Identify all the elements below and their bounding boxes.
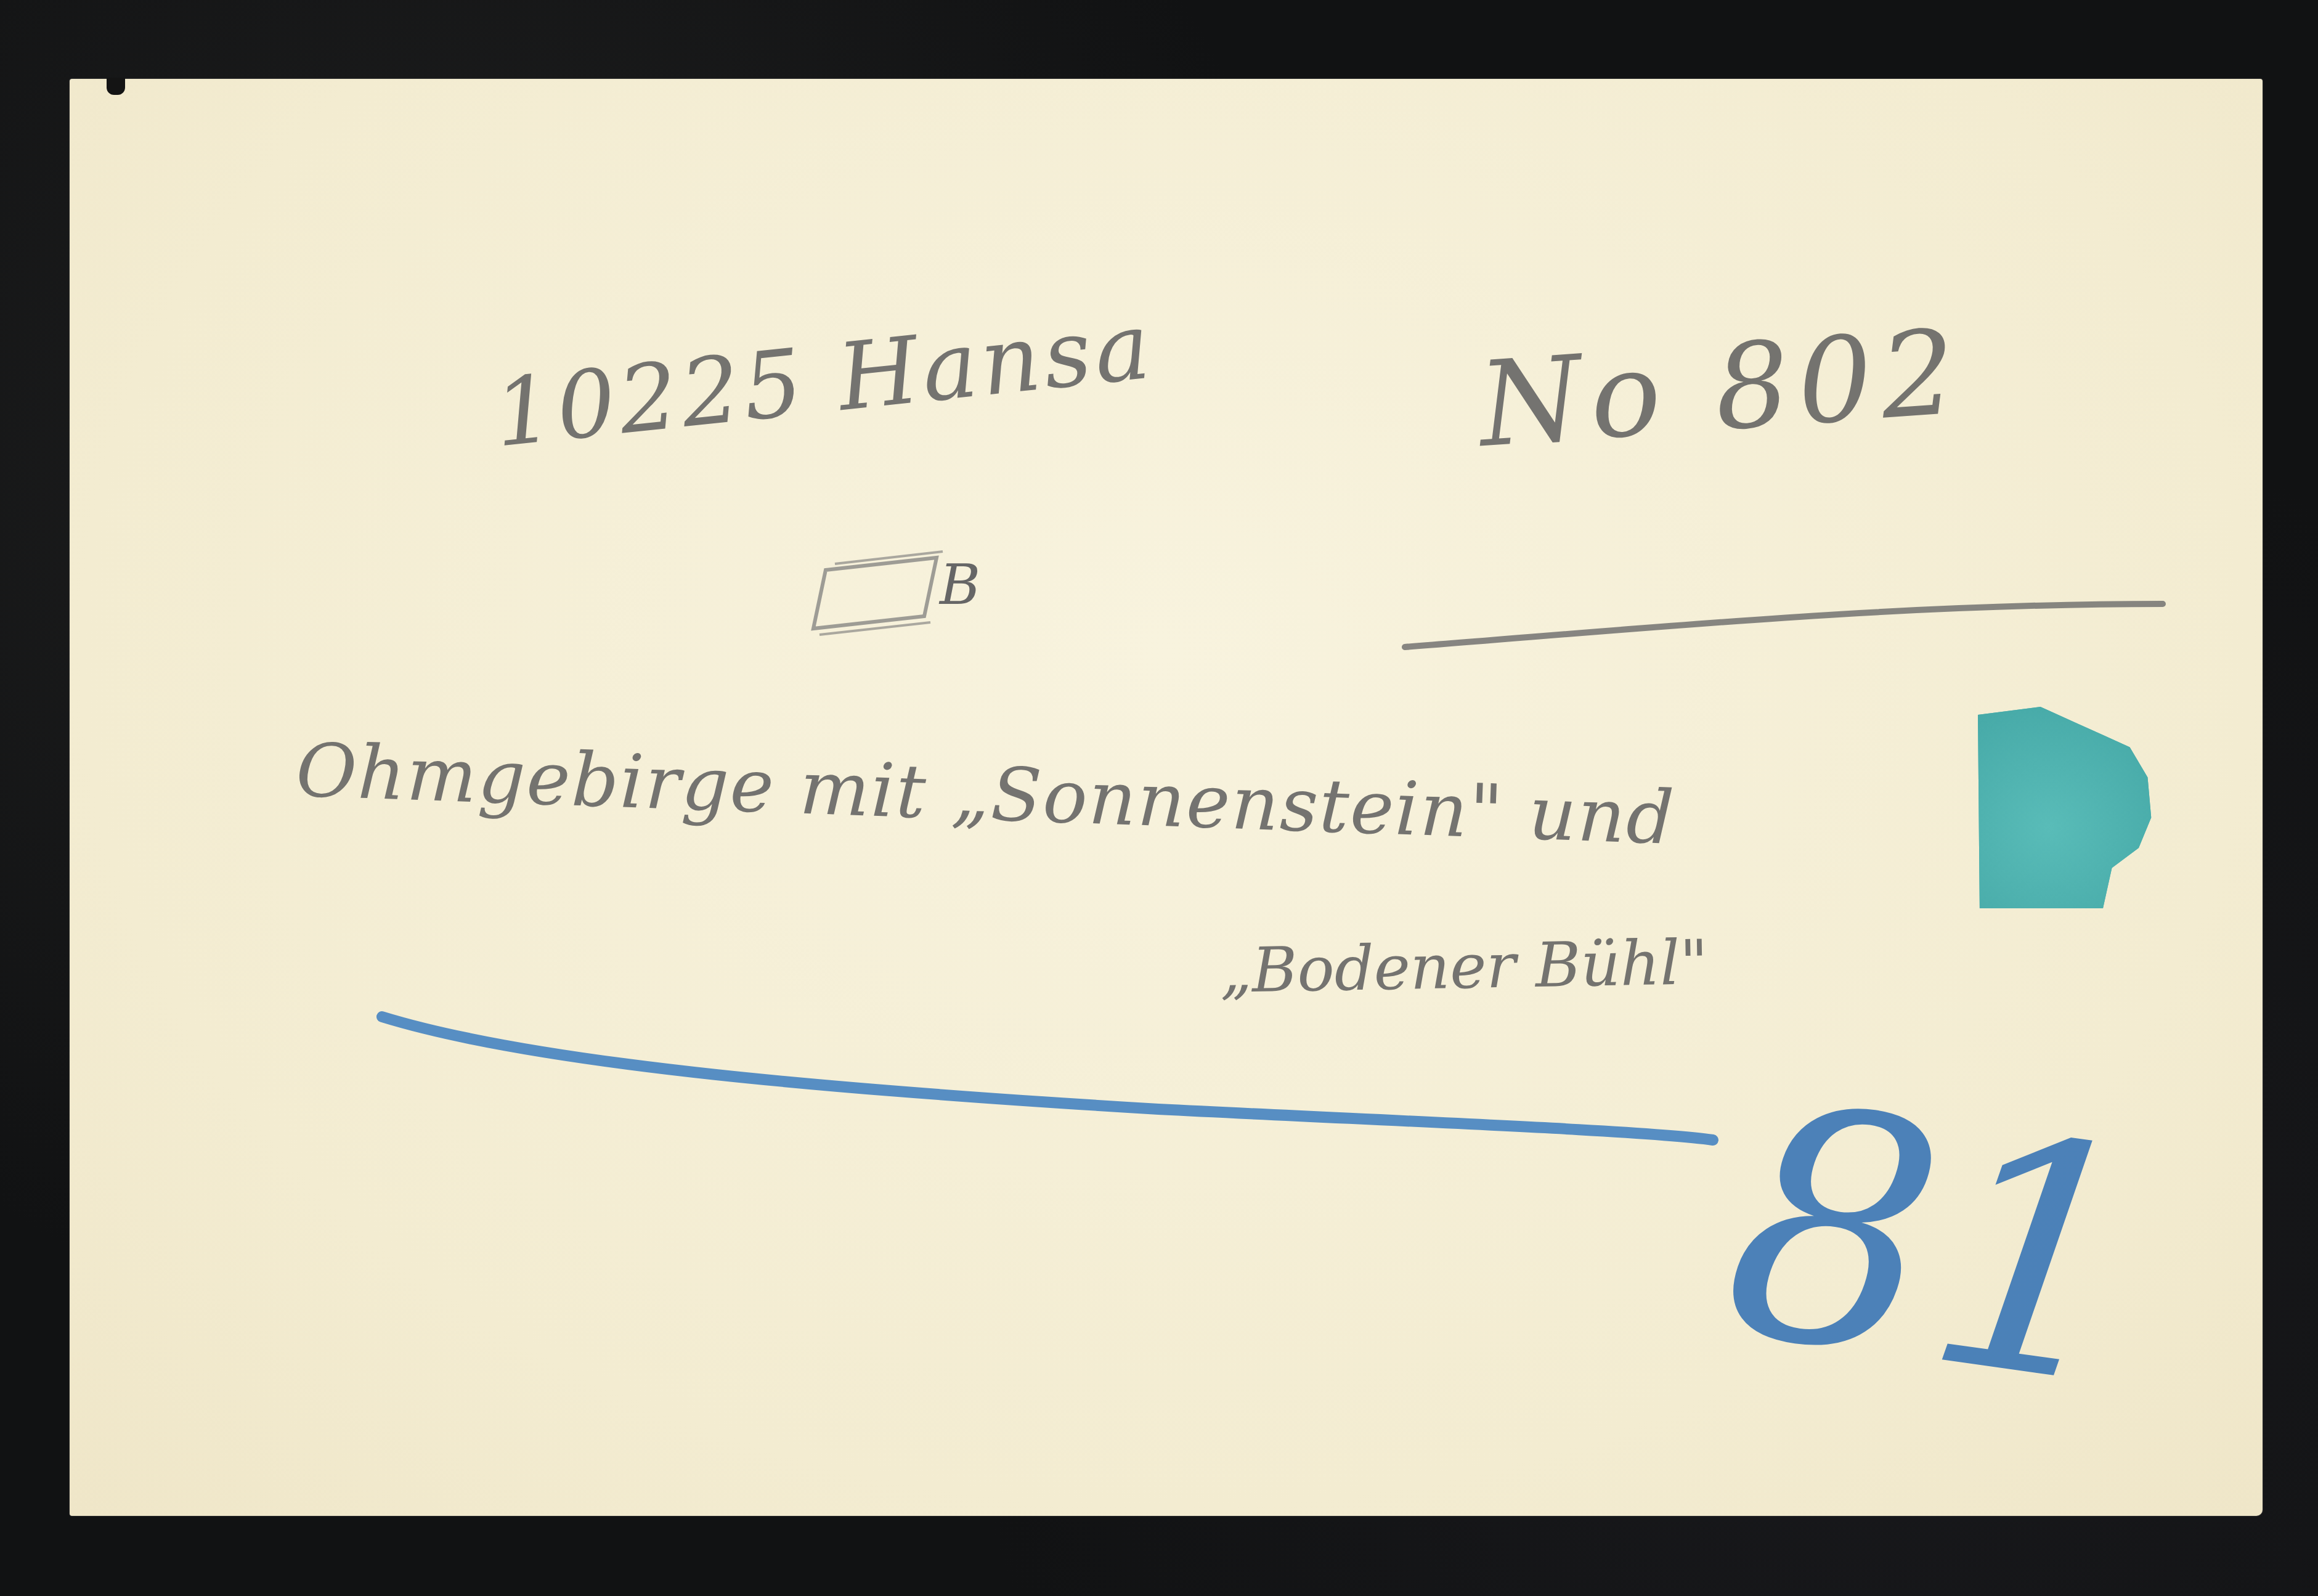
blue-number-text: 81 [1707, 1033, 2163, 1460]
blue-number-value: 81 [1707, 1033, 2163, 1460]
blue-crayon-underline [296, 955, 1787, 1152]
svg-text:B: B [938, 553, 980, 617]
pencil-underline [1399, 573, 2169, 666]
boxed-b-symbol-icon: B [801, 548, 986, 641]
card-notch [107, 78, 125, 95]
